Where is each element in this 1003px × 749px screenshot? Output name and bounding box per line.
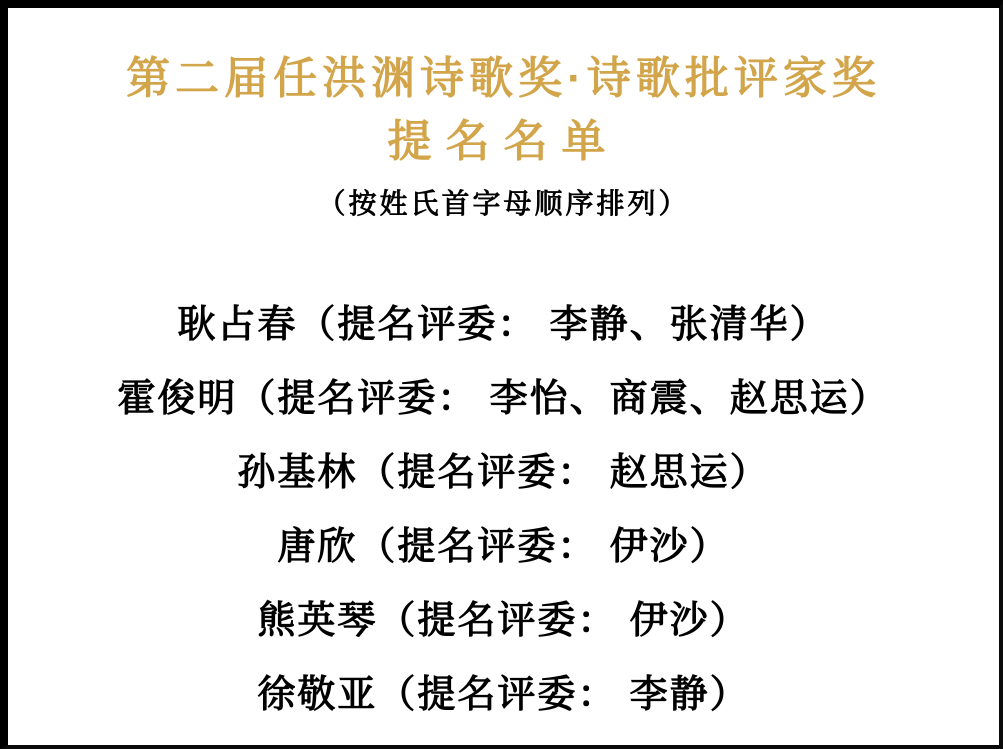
judges-label-open: （提名评委： — [377, 674, 617, 716]
judges-label-open: （提名评委： — [237, 378, 477, 420]
nominee-row: 徐敬亚（提名评委：李静） — [8, 670, 999, 720]
list-title: 提名名单 — [8, 113, 999, 170]
nominee-name: 耿占春 — [177, 304, 297, 346]
award-title: 第二届任洪渊诗歌奖·诗歌批评家奖 — [8, 50, 999, 107]
judges-label-close: ） — [730, 452, 770, 494]
nominee-name: 霍俊明 — [117, 378, 237, 420]
nominee-judges: 李静、张清华 — [550, 304, 790, 346]
judges-label-close: ） — [710, 674, 750, 716]
nominee-judges: 李静 — [630, 674, 710, 716]
nominee-name: 熊英琴 — [257, 600, 377, 642]
nominee-judges: 伊沙 — [630, 600, 710, 642]
nominee-name: 徐敬亚 — [257, 674, 377, 716]
nominee-row: 霍俊明（提名评委：李怡、商震、赵思运） — [8, 374, 999, 424]
nominee-name: 唐欣 — [277, 526, 357, 568]
nominee-row: 耿占春（提名评委：李静、张清华） — [8, 300, 999, 350]
judges-label-close: ） — [710, 600, 750, 642]
judges-label-close: ） — [850, 378, 890, 420]
nominee-list: 耿占春（提名评委：李静、张清华） 霍俊明（提名评委：李怡、商震、赵思运） 孙基林… — [8, 300, 999, 720]
nominee-judges: 赵思运 — [610, 452, 730, 494]
nominee-row: 孙基林（提名评委：赵思运） — [8, 448, 999, 498]
judges-label-open: （提名评委： — [357, 452, 597, 494]
nominee-judges: 李怡、商震、赵思运 — [490, 378, 850, 420]
sort-order-note: （按姓氏首字母顺序排列） — [8, 182, 999, 222]
judges-label-close: ） — [790, 304, 830, 346]
nominee-row: 熊英琴（提名评委：伊沙） — [8, 596, 999, 646]
nominee-judges: 伊沙 — [610, 526, 690, 568]
nominee-row: 唐欣（提名评委：伊沙） — [8, 522, 999, 572]
judges-label-open: （提名评委： — [297, 304, 537, 346]
judges-label-open: （提名评委： — [377, 600, 617, 642]
nominee-name: 孙基林 — [237, 452, 357, 494]
document-frame: 第二届任洪渊诗歌奖·诗歌批评家奖 提名名单 （按姓氏首字母顺序排列） 耿占春（提… — [0, 0, 1003, 749]
judges-label-open: （提名评委： — [357, 526, 597, 568]
judges-label-close: ） — [690, 526, 730, 568]
